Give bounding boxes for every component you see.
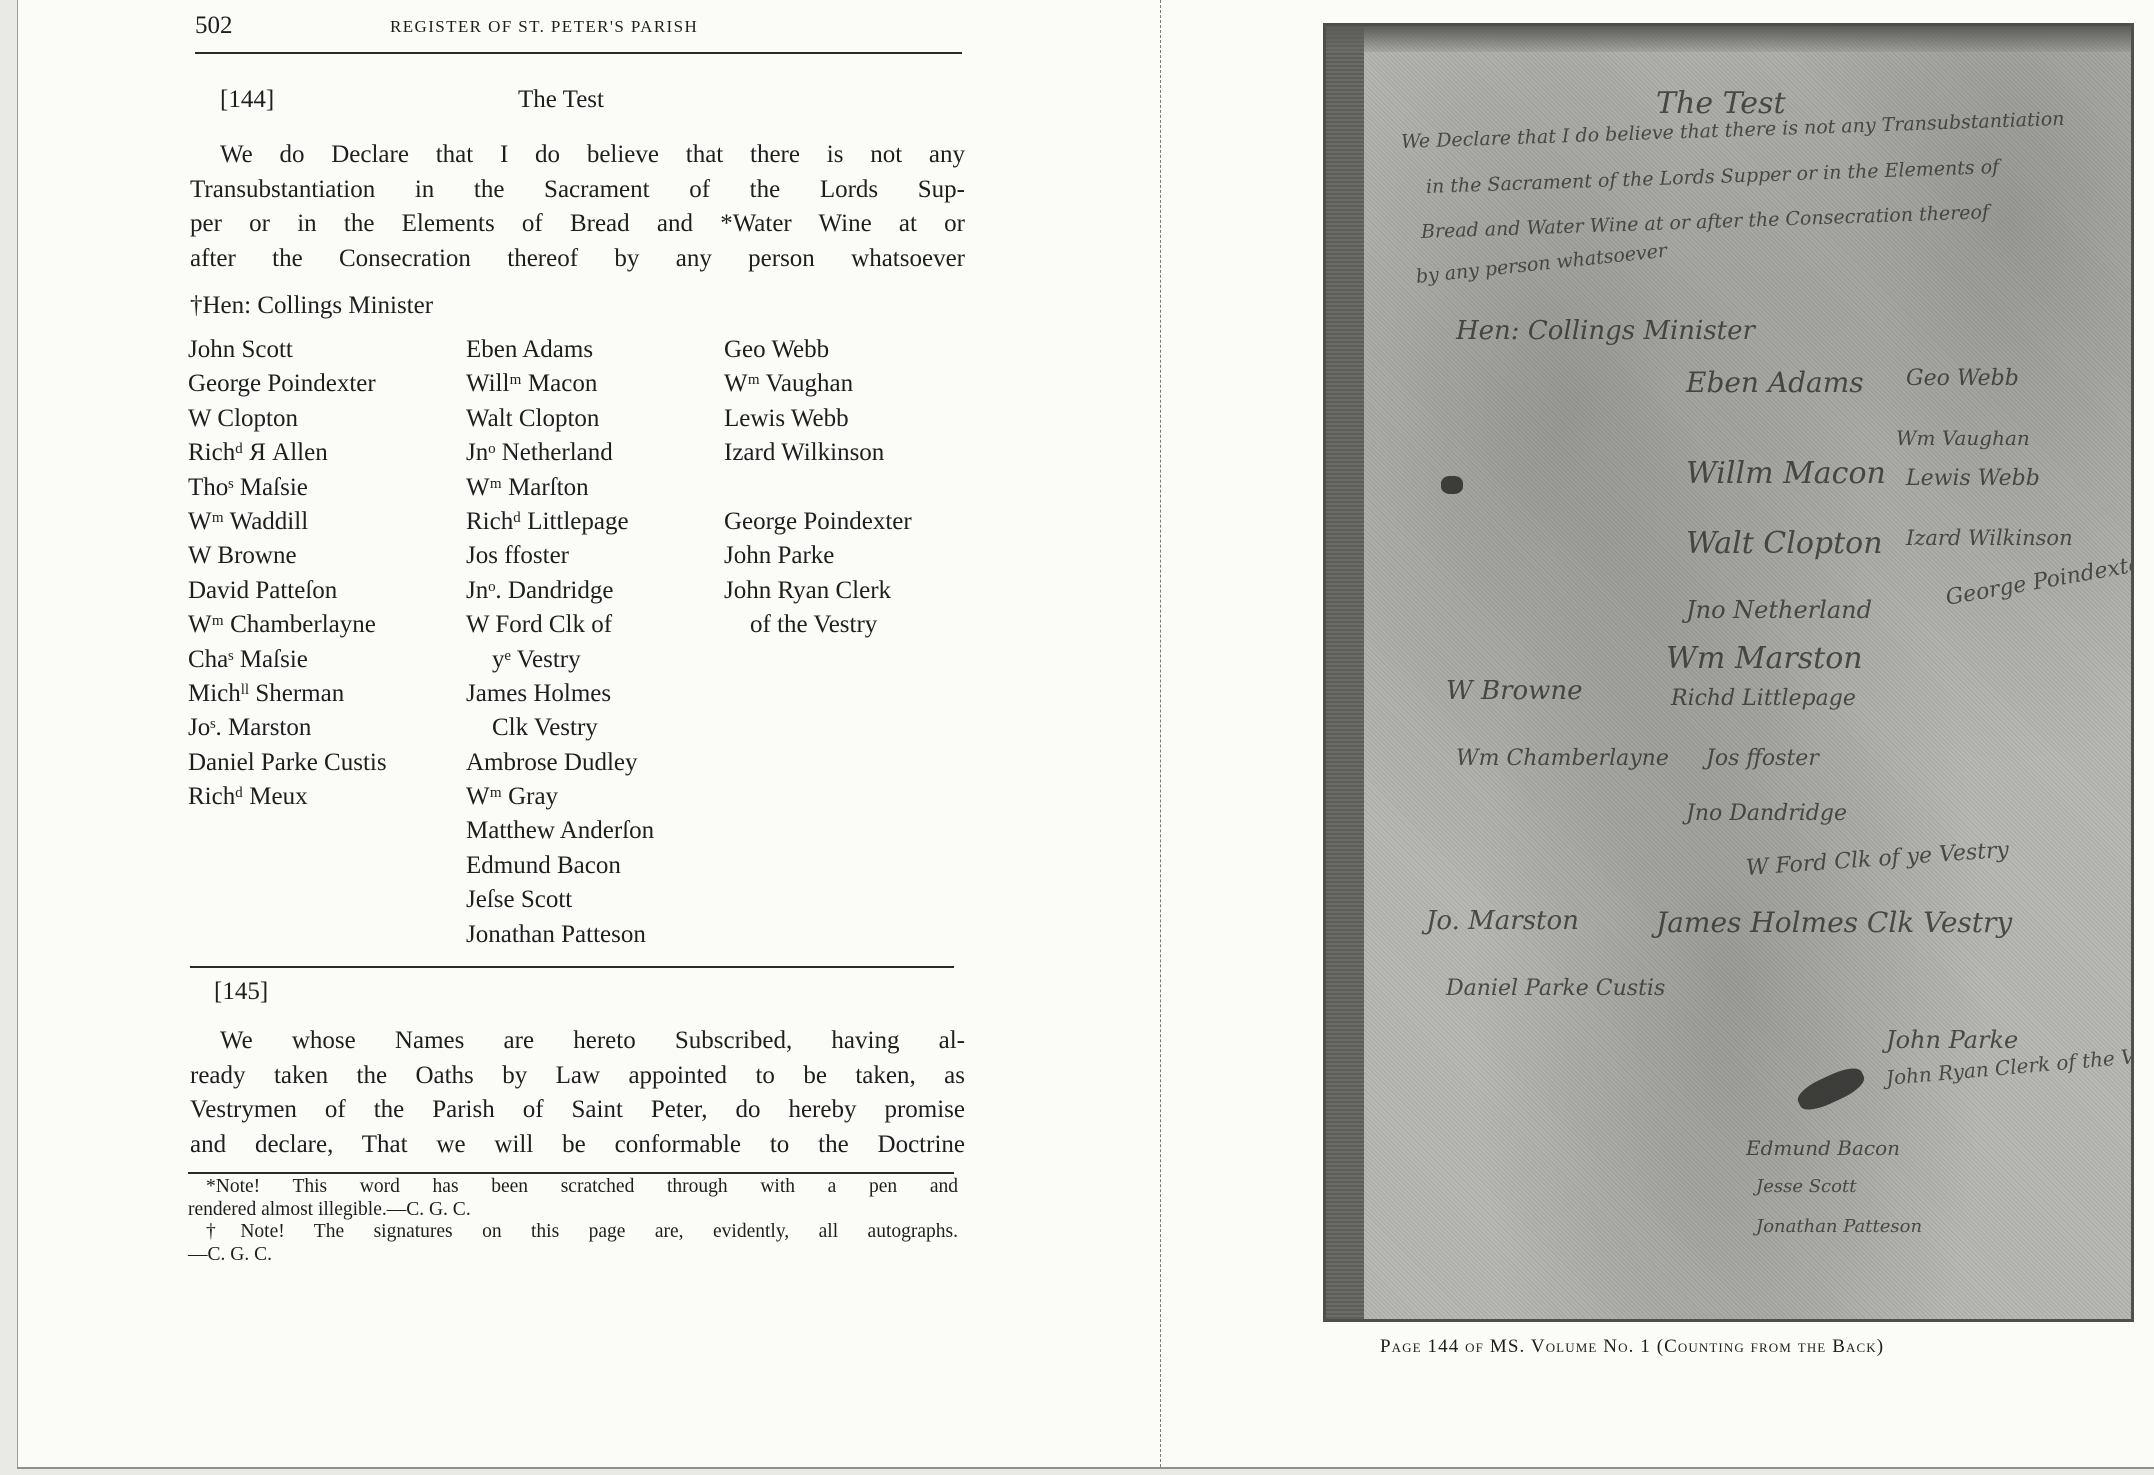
script-signature: Wm Chamberlayne bbox=[1456, 746, 1669, 771]
signatories-column-1: John Scott George Poindexter W Clopton R… bbox=[188, 333, 387, 814]
signatory: Jos ffoster bbox=[466, 539, 654, 573]
footnote-dagger: †Note! The signatures on this page are, … bbox=[188, 1221, 958, 1244]
signatory: Wᵐ Marſton bbox=[466, 471, 654, 505]
signatory: Eben Adams bbox=[466, 333, 654, 367]
signatory: Joˢ. Marston bbox=[188, 711, 387, 745]
signatory-continuation: yᵉ Vestry bbox=[466, 643, 654, 677]
signatory: Jeſse Scott bbox=[466, 883, 654, 917]
signatory: Richᵈ Littlepage bbox=[466, 505, 654, 539]
signatory: James Holmes bbox=[466, 677, 654, 711]
running-head: REGISTER OF ST. PETER'S PARISH bbox=[390, 17, 698, 37]
signatory: Lewis Webb bbox=[724, 402, 912, 436]
signatory: Ambrose Dudley bbox=[466, 746, 654, 780]
signatory: Izard Wilkinson bbox=[724, 436, 912, 470]
signatories-column-2: Eben Adams Willᵐ Macon Walt Clopton Jnᵒ … bbox=[466, 333, 654, 952]
signatory-continuation: of the Vestry bbox=[724, 608, 912, 642]
paragraph-line: Transubstantiation in the Sacrament of t… bbox=[190, 173, 965, 208]
footnote-rule bbox=[188, 1172, 954, 1174]
ink-blot bbox=[1441, 476, 1463, 494]
script-signature: W Ford Clk of ye Vestry bbox=[1745, 838, 2010, 881]
script-signature: Willm Macon bbox=[1686, 456, 1886, 491]
script-signature: Eben Adams bbox=[1686, 366, 1864, 399]
signatory: Jnᵒ Netherland bbox=[466, 436, 654, 470]
footnotes: *Note! This word has been scratched thro… bbox=[188, 1176, 958, 1266]
script-signature: John Parke bbox=[1886, 1026, 2018, 1054]
script-signature: Jonathan Patteson bbox=[1756, 1216, 1922, 1237]
signatory: Jnᵒ. Dandridge bbox=[466, 574, 654, 608]
paragraph-line: ready taken the Oaths by Law appointed t… bbox=[190, 1059, 965, 1094]
signatory: Wᵐ Vaughan bbox=[724, 367, 912, 401]
script-signature: George Poindexter bbox=[1944, 550, 2134, 611]
script-signature: Geo Webb bbox=[1906, 366, 2019, 391]
signatory: Wᵐ Chamberlayne bbox=[188, 608, 387, 642]
signatory: Wᵐ Gray bbox=[466, 780, 654, 814]
script-signature: Daniel Parke Custis bbox=[1446, 976, 1665, 1001]
signatory: Geo Webb bbox=[724, 333, 912, 367]
script-signature: Richd Littlepage bbox=[1671, 686, 1856, 711]
signatory: Michˡˡ Sherman bbox=[188, 677, 387, 711]
book-gutter bbox=[1160, 0, 1161, 1467]
test-declaration-paragraph: We do Declare that I do believe that the… bbox=[190, 138, 965, 276]
entry-number-144: [144] bbox=[220, 86, 274, 114]
section-rule bbox=[190, 966, 954, 968]
script-signature: Lewis Webb bbox=[1906, 466, 2040, 491]
page-top-shadow bbox=[1326, 26, 2131, 52]
book-spine-shadow bbox=[1326, 26, 1364, 1319]
script-signature: Hen: Collings Minister bbox=[1456, 316, 1755, 346]
vestrymen-oath-paragraph: We whose Names are hereto Subscribed, ha… bbox=[190, 1024, 965, 1162]
signatory: W Ford Clk of bbox=[466, 608, 654, 642]
paragraph-line: after the Consecration thereof by any pe… bbox=[190, 242, 965, 277]
footnote-dagger-cont: —C. G. C. bbox=[188, 1244, 958, 1267]
script-heading: The Test bbox=[1656, 86, 1786, 121]
script-signature: Wm Vaughan bbox=[1896, 426, 2030, 450]
script-signature: Edmund Bacon bbox=[1746, 1136, 1900, 1160]
script-signature: Jos ffoster bbox=[1706, 746, 1819, 771]
script-signature: Izard Wilkinson bbox=[1906, 526, 2073, 550]
signatory: Wᵐ Waddill bbox=[188, 505, 387, 539]
script-signature: Jno Netherland bbox=[1686, 596, 1872, 624]
script-line: Bread and Water Wine at or after the Con… bbox=[1421, 201, 1990, 243]
entry-title: The Test bbox=[518, 86, 604, 114]
paragraph-line: We do Declare that I do believe that the… bbox=[190, 138, 965, 173]
signatory: Willᵐ Macon bbox=[466, 367, 654, 401]
signatory: George Poindexter bbox=[724, 505, 912, 539]
ink-blot bbox=[1794, 1062, 1868, 1115]
signatory: David Patteſon bbox=[188, 574, 387, 608]
signatory: Edmund Bacon bbox=[466, 849, 654, 883]
signatory: Walt Clopton bbox=[466, 402, 654, 436]
paragraph-line: Vestrymen of the Parish of Saint Peter, … bbox=[190, 1093, 965, 1128]
signatory: Daniel Parke Custis bbox=[188, 746, 387, 780]
signatory: George Poindexter bbox=[188, 367, 387, 401]
column-gap bbox=[724, 471, 912, 505]
script-line: by any person whatsoever bbox=[1415, 240, 1668, 288]
script-signature: Jno Dandridge bbox=[1686, 801, 1847, 826]
script-signature: Walt Clopton bbox=[1686, 526, 1883, 561]
paragraph-line: and declare, That we will be conformable… bbox=[190, 1128, 965, 1163]
signatory: Jonathan Patteson bbox=[466, 918, 654, 952]
signatory: Richᵈ Meux bbox=[188, 780, 387, 814]
script-signature: James Holmes Clk Vestry bbox=[1656, 906, 2012, 939]
footnote-asterisk: *Note! This word has been scratched thro… bbox=[188, 1176, 958, 1199]
minister-signature: †Hen: Collings Minister bbox=[190, 292, 433, 320]
script-signature: W Browne bbox=[1446, 676, 1583, 706]
signatory: John Scott bbox=[188, 333, 387, 367]
signatory: John Parke bbox=[724, 539, 912, 573]
script-signature: Wm Marston bbox=[1666, 641, 1863, 676]
page-number: 502 bbox=[195, 12, 233, 40]
signatory: Chaˢ Maſsie bbox=[188, 643, 387, 677]
signatory: W Clopton bbox=[188, 402, 387, 436]
signatory: Richᵈ Я Allen bbox=[188, 436, 387, 470]
entry-number-145: [145] bbox=[214, 978, 268, 1006]
signatory: Thoˢ Maſsie bbox=[188, 471, 387, 505]
script-signature: Jesse Scott bbox=[1756, 1176, 1856, 1197]
photo-caption: Page 144 of MS. Volume No. 1 (Counting f… bbox=[1380, 1336, 1884, 1358]
header-rule bbox=[195, 52, 962, 54]
manuscript-photograph: The Test We Declare that I do believe th… bbox=[1323, 23, 2134, 1322]
script-signature: Jo. Marston bbox=[1426, 906, 1579, 936]
footnote-asterisk-cont: rendered almost illegible.—C. G. C. bbox=[188, 1199, 958, 1222]
signatory: John Ryan Clerk bbox=[724, 574, 912, 608]
signatories-column-3: Geo Webb Wᵐ Vaughan Lewis Webb Izard Wil… bbox=[724, 333, 912, 643]
signatory-continuation: Clk Vestry bbox=[466, 711, 654, 745]
signatory: W Browne bbox=[188, 539, 387, 573]
script-line: in the Sacrament of the Lords Supper or … bbox=[1426, 156, 2000, 198]
signatory: Matthew Anderſon bbox=[466, 814, 654, 848]
paragraph-line: We whose Names are hereto Subscribed, ha… bbox=[190, 1024, 965, 1059]
paragraph-line: per or in the Elements of Bread and *Wat… bbox=[190, 207, 965, 242]
